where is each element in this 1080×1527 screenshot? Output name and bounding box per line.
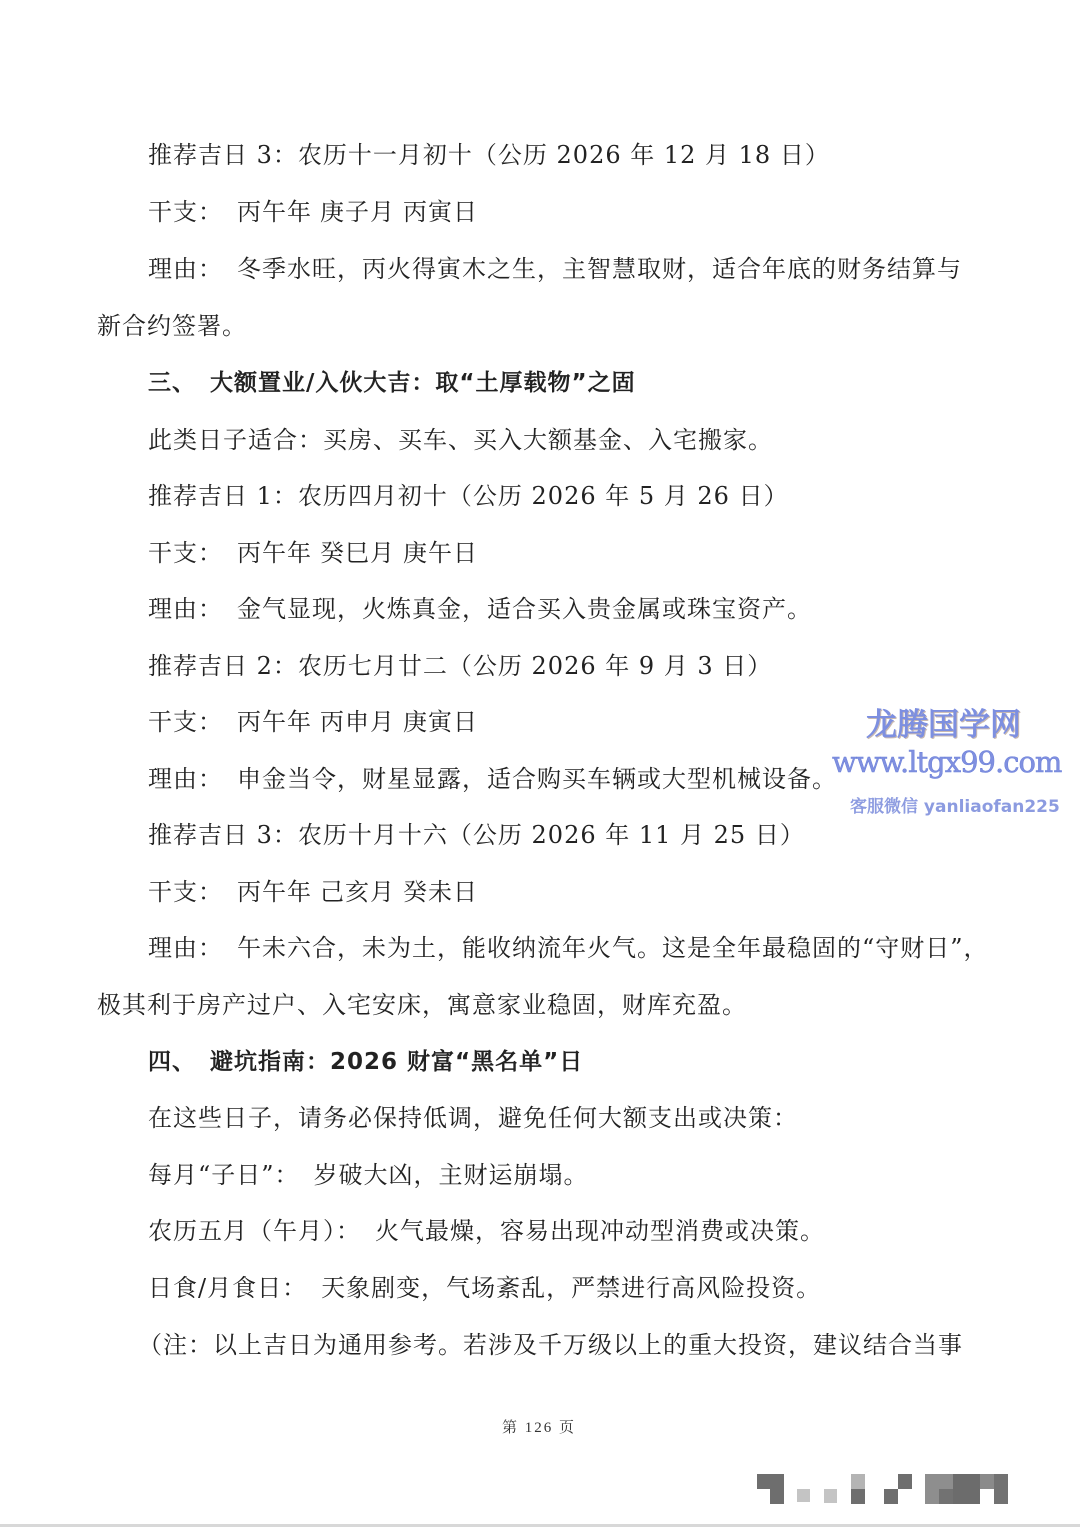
blacklist-item: 农历五月（午月）：火气最燥，容易出现冲动型消费或决策。: [148, 1216, 825, 1246]
heading-text: 大额置业/入伙大吉：取“土厚载物”之固: [210, 370, 636, 396]
blacklist-item: 每月“子日”：岁破大凶，主财运崩塌。: [148, 1160, 589, 1190]
date-label: 推荐吉日 3：: [148, 141, 298, 169]
ganzhi-month: 己亥月: [320, 878, 395, 906]
reason-label: 理由：: [148, 255, 223, 283]
ganzhi-year: 丙午年: [237, 198, 312, 226]
reason-text: 申金当令，财星显露，适合购买车辆或大型机械设备。: [237, 765, 837, 793]
intro-text: 此类日子适合：买房、买车、买入大额基金、入宅搬家。: [148, 426, 773, 454]
date-label: 推荐吉日 3：: [148, 821, 298, 849]
watermark-url: www.ltgx99.com: [832, 745, 1061, 779]
reason-text: 冬季水旺，丙火得寅木之生，主智慧取财，适合年底的财务结算与: [237, 255, 962, 283]
ganzhi-year: 丙午年: [237, 539, 312, 567]
continuation-line: 新合约签署。: [97, 311, 247, 341]
ganzhi-label: 干支：: [148, 878, 223, 906]
ganzhi-day: 丙寅日: [403, 198, 478, 226]
page-number: 第 126 页: [502, 1416, 576, 1437]
date-label: 推荐吉日 2：: [148, 652, 298, 680]
ganzhi-line: 干支：丙午年己亥月癸未日: [148, 877, 478, 907]
date-text: 农历十一月初十（公历 2026 年 12 月 18 日）: [298, 141, 830, 169]
item-text: 天象剧变，气场紊乱，严禁进行高风险投资。: [321, 1274, 821, 1302]
ganzhi-month: 庚子月: [320, 198, 395, 226]
ganzhi-year: 丙午年: [237, 708, 312, 736]
ganzhi-label: 干支：: [148, 198, 223, 226]
item-label: 农历五月（午月）：: [148, 1217, 361, 1245]
reason-label: 理由：: [148, 765, 223, 793]
section-heading-3: 三、大额置业/入伙大吉：取“土厚载物”之固: [148, 368, 636, 398]
reason-label: 理由：: [148, 595, 223, 623]
document-page: 推荐吉日 3：农历十一月初十（公历 2026 年 12 月 18 日） 干支：丙…: [0, 0, 1080, 1520]
reason-line: 理由：金气显现，火炼真金，适合买入贵金属或珠宝资产。: [148, 594, 812, 624]
ganzhi-day: 癸未日: [403, 878, 478, 906]
date-line: 推荐吉日 3：农历十月十六（公历 2026 年 11 月 25 日）: [148, 820, 805, 850]
date-text: 农历七月廿二（公历 2026 年 9 月 3 日）: [298, 652, 772, 680]
item-text: 火气最燥，容易出现冲动型消费或决策。: [375, 1217, 825, 1245]
intro-text: 在这些日子，请务必保持低调，避免任何大额支出或决策：: [148, 1104, 798, 1132]
reason-text: 午未六合，未为土，能收纳流年火气。这是全年最稳固的“守财日”，: [237, 934, 989, 962]
reason-line: 理由：申金当令，财星显露，适合购买车辆或大型机械设备。: [148, 764, 837, 794]
continuation-line: 极其利于房产过户、入宅安床，寓意家业稳固，财库充盈。: [97, 990, 747, 1020]
date-line: 推荐吉日 2：农历七月廿二（公历 2026 年 9 月 3 日）: [148, 651, 772, 681]
date-text: 农历十月十六（公历 2026 年 11 月 25 日）: [298, 821, 805, 849]
reason-line: 理由：午未六合，未为土，能收纳流年火气。这是全年最稳固的“守财日”，: [148, 933, 989, 963]
reason-text: 金气显现，火炼真金，适合买入贵金属或珠宝资产。: [237, 595, 812, 623]
intro-line: 此类日子适合：买房、买车、买入大额基金、入宅搬家。: [148, 425, 773, 455]
item-label: 日食/月食日：: [148, 1274, 307, 1302]
ganzhi-line: 干支：丙午年丙申月庚寅日: [148, 707, 478, 737]
continuation-text: 极其利于房产过户、入宅安床，寓意家业稳固，财库充盈。: [97, 991, 747, 1019]
reason-line: 理由：冬季水旺，丙火得寅木之生，主智慧取财，适合年底的财务结算与: [148, 254, 962, 284]
date-text: 农历四月初十（公历 2026 年 5 月 26 日）: [298, 482, 789, 510]
ganzhi-line: 干支：丙午年庚子月丙寅日: [148, 197, 478, 227]
ganzhi-year: 丙午年: [237, 878, 312, 906]
ganzhi-day: 庚午日: [403, 539, 478, 567]
ganzhi-line: 干支：丙午年癸巳月庚午日: [148, 538, 478, 568]
blacklist-item: 日食/月食日：天象剧变，气场紊乱，严禁进行高风险投资。: [148, 1273, 821, 1303]
watermark-site-name: 龙腾国学网: [866, 699, 1021, 744]
note-line: （注：以上吉日为通用参考。若涉及千万级以上的重大投资，建议结合当事: [138, 1330, 963, 1360]
heading-number: 三、: [148, 370, 196, 396]
date-line: 推荐吉日 3：农历十一月初十（公历 2026 年 12 月 18 日）: [148, 140, 830, 170]
ganzhi-day: 庚寅日: [403, 708, 478, 736]
note-text: （注：以上吉日为通用参考。若涉及千万级以上的重大投资，建议结合当事: [138, 1331, 963, 1359]
ganzhi-label: 干支：: [148, 708, 223, 736]
heading-text: 避坑指南：2026 财富“黑名单”日: [210, 1049, 583, 1075]
ganzhi-month: 癸巳月: [320, 539, 395, 567]
date-line: 推荐吉日 1：农历四月初十（公历 2026 年 5 月 26 日）: [148, 481, 789, 511]
watermark-contact: 客服微信 yanliaofan225: [850, 792, 1060, 817]
item-text: 岁破大凶，主财运崩塌。: [314, 1161, 589, 1189]
date-label: 推荐吉日 1：: [148, 482, 298, 510]
reason-label: 理由：: [148, 934, 223, 962]
continuation-text: 新合约签署。: [97, 312, 247, 340]
ganzhi-month: 丙申月: [320, 708, 395, 736]
intro-line: 在这些日子，请务必保持低调，避免任何大额支出或决策：: [148, 1103, 798, 1133]
item-label: 每月“子日”：: [148, 1161, 300, 1189]
section-heading-4: 四、避坑指南：2026 财富“黑名单”日: [148, 1047, 583, 1077]
ganzhi-label: 干支：: [148, 539, 223, 567]
heading-number: 四、: [148, 1049, 196, 1075]
